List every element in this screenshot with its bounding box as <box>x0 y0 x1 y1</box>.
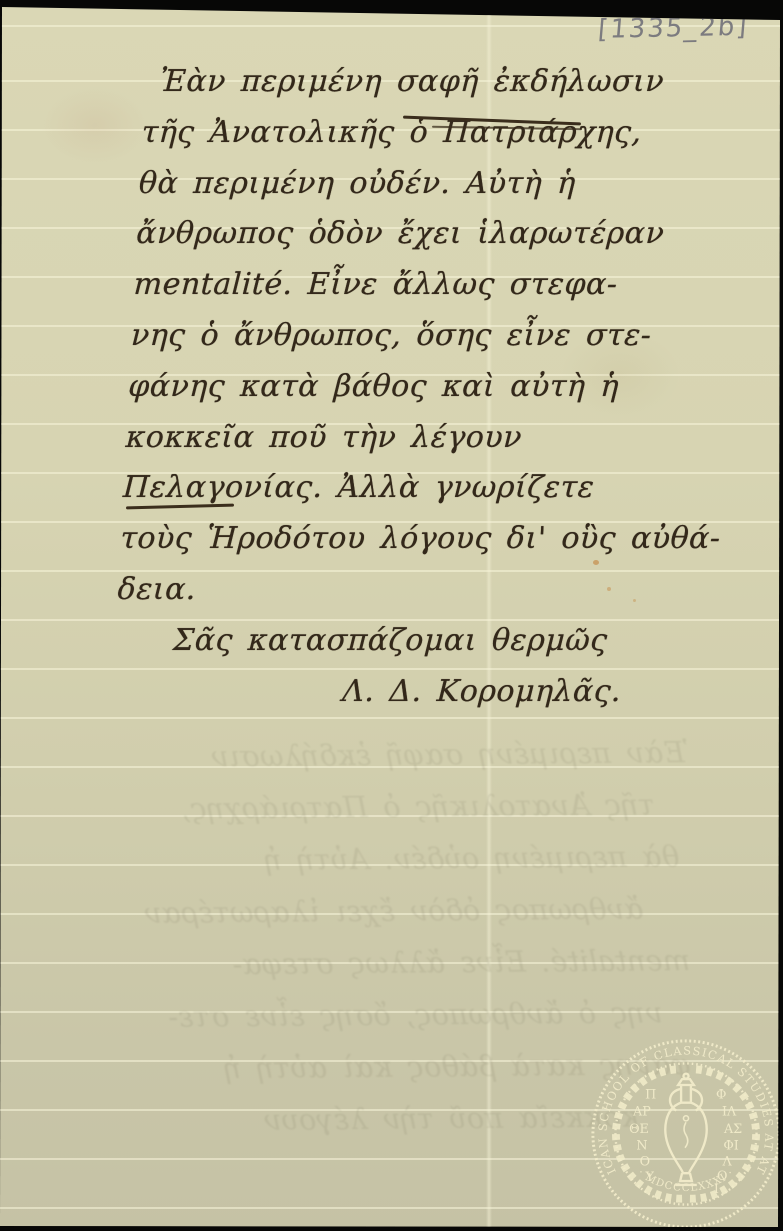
handwriting-line: Ἐὰν περιμένη σαφῆ ἐκδήλωσιν <box>159 64 686 115</box>
handwriting-line: κοκκεῖα ποῦ τὴν λέγουν <box>124 420 667 471</box>
motto-letter: Ο <box>640 1154 650 1169</box>
handwriting-line: θὰ περιμένη οὐδέν. Αὐτὴ ἡ <box>137 166 680 217</box>
amphora-icon <box>665 1074 706 1185</box>
motto-letter: Ν <box>636 1139 647 1154</box>
archive-number-label: [1335_2b] <box>597 11 779 45</box>
motto-letter: ΘΕ <box>629 1122 649 1137</box>
handwriting-line: νης ὁ ἄνθρωπος, ὅσης εἶνε στε- <box>129 318 672 369</box>
showthrough-line: ἄνθρωπος ὁδὸν ἔχει ἱλαρωτέραν <box>30 892 644 949</box>
showthrough-line: θὰ περιμένη οὐδέν. Αὐτὴ ἡ <box>29 839 679 897</box>
handwriting-line: mentalité. Εἶνε ἄλλως στεφα- <box>132 267 675 318</box>
motto-letter: Π <box>645 1088 656 1103</box>
letter-body: Ἐὰν περιμένη σαφῆ ἐκδήλωσιν τῆς Ἀνατολικ… <box>111 64 686 725</box>
showthrough-line: Ἐὰν περιμένη σαφῆ ἐκδήλωσιν <box>28 735 688 793</box>
handwriting-line: τοὺς Ἡροδότου λόγους δι' οὓς αὐθά- <box>119 521 662 572</box>
handwriting-line: φάνης κατὰ βάθος καὶ αὐτὴ ἡ <box>127 369 670 420</box>
motto-letter: Λ <box>722 1154 733 1169</box>
showthrough-line: mentalité. Εἶνε ἄλλως στεφα- <box>30 943 690 1001</box>
showthrough-line: νης ὁ ἄνθρωπος, ὅσης εἶνε στε- <box>30 995 662 1053</box>
motto-letter: Ι <box>714 1182 719 1197</box>
motto-letter: ΑΣ <box>723 1122 742 1137</box>
closing-line: Σᾶς κατασπάζομαι θερμῶς <box>171 623 656 674</box>
paper-sheet: Ἐὰν περιμένη σαφῆ ἐκδήλωσιντῆς Ἀνατολικῆ… <box>0 0 783 1231</box>
motto-letter: ΙΛ <box>722 1104 737 1119</box>
showthrough-line: κοκκεῖα ποῦ τὴν λέγουν <box>31 1100 639 1157</box>
handwriting-line: ἄνθρωπος ὁδὸν ἔχει ἱλαρωτέραν <box>135 216 678 267</box>
handwriting-line: τῆς Ἀνατολικῆς ὁ Πατριάρχης, <box>140 115 683 166</box>
signature: Λ. Δ. Κορομηλᾶς. <box>341 674 654 725</box>
showthrough-line: τῆς Ἀνατολικῆς ὁ Πατριάρχης, <box>29 787 655 844</box>
motto-letter: ΑΡ <box>632 1104 651 1119</box>
handwriting-line: Πελαγονίας. Ἀλλὰ γνωρίζετε <box>121 470 664 521</box>
handwriting-line: δεια. <box>116 572 659 623</box>
motto-letter: Υ <box>645 1170 655 1185</box>
scanned-letter-page: Ἐὰν περιμένη σαφῆ ἐκδήλωσιντῆς Ἀνατολικῆ… <box>0 0 783 1231</box>
ascsa-seal: AMERICAN SCHOOL OF CLASSICAL STUDIES AT … <box>588 1036 783 1231</box>
motto-letter: Φ <box>716 1088 726 1103</box>
motto-letter: ΦΙ <box>723 1139 738 1154</box>
